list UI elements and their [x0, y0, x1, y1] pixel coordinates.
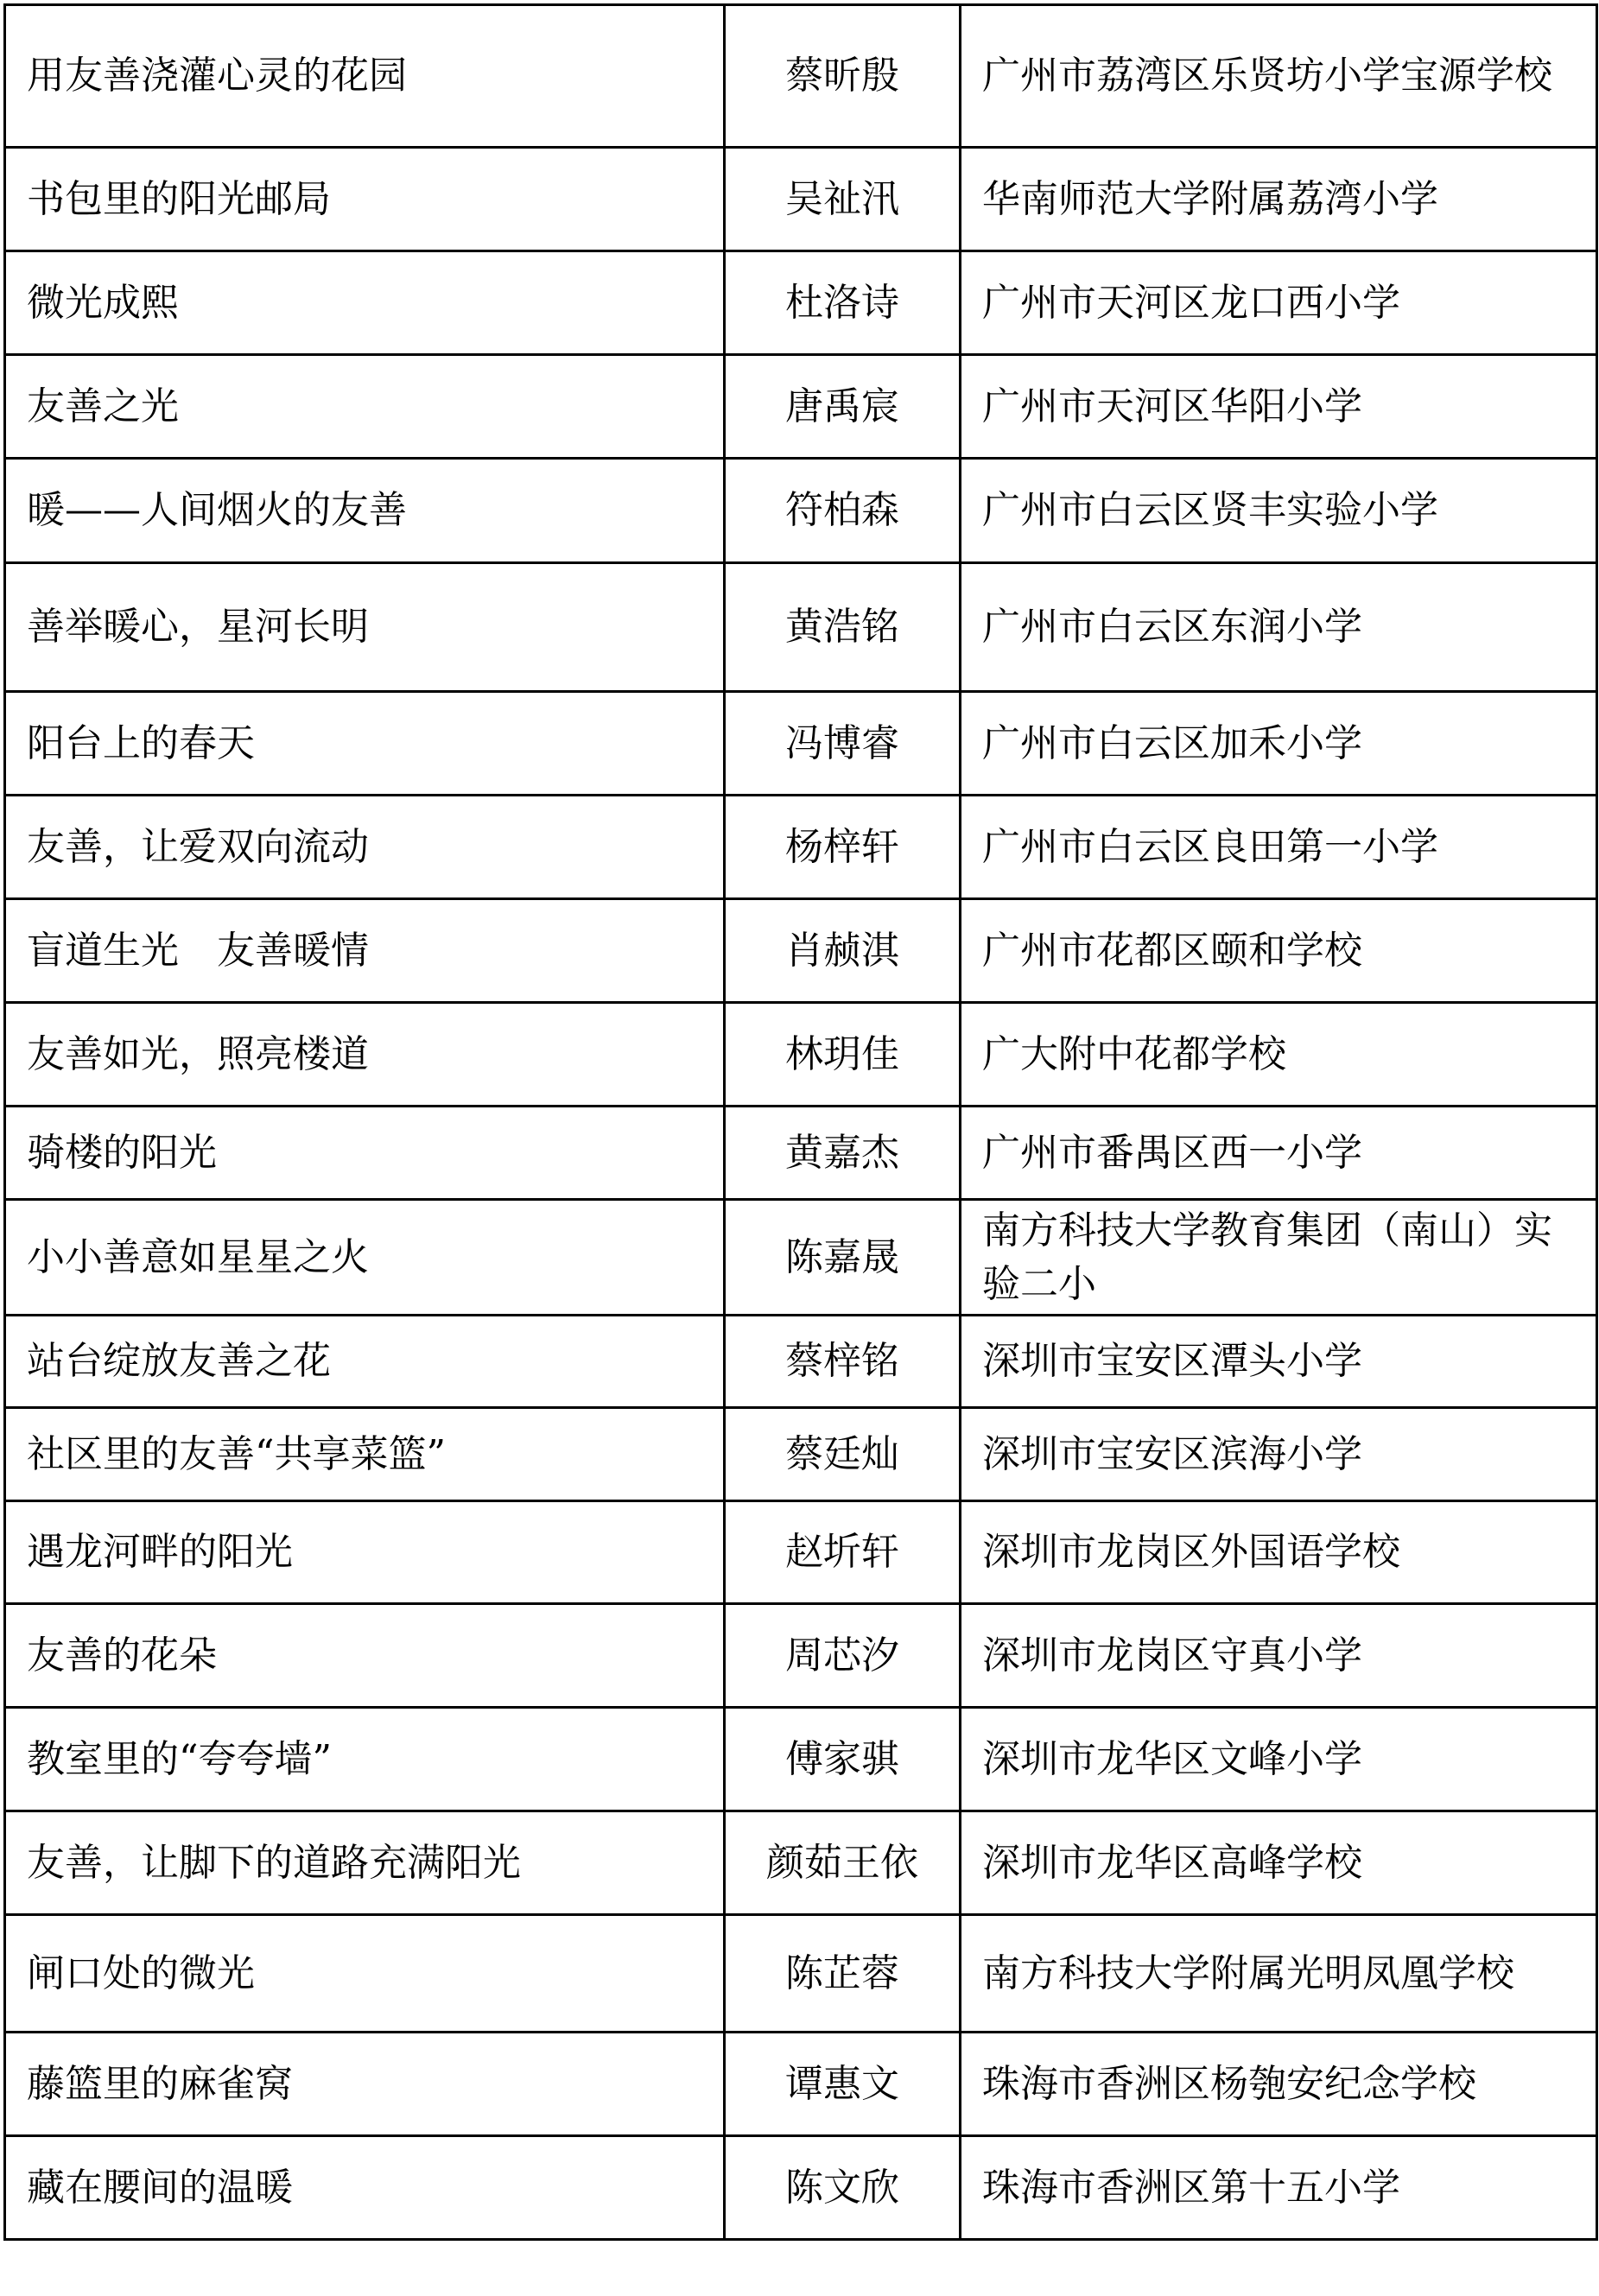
author-name-cell: 颜茹王依	[725, 1811, 961, 1915]
table-row: 友善，让脚下的道路充满阳光 颜茹王依 深圳市龙华区高峰学校	[5, 1811, 1597, 1915]
table-row: 暖——人间烟火的友善 符柏森 广州市白云区贤丰实验小学	[5, 459, 1597, 563]
table-row: 站台绽放友善之花 蔡梓铭 深圳市宝安区潭头小学	[5, 1316, 1597, 1408]
work-title-cell: 友善之光	[5, 355, 725, 459]
school-cell: 深圳市龙岗区外国语学校	[961, 1501, 1597, 1604]
author-name-cell: 唐禹宸	[725, 355, 961, 459]
school-cell: 南方科技大学教育集团（南山）实验二小	[961, 1200, 1597, 1316]
table-row: 骑楼的阳光 黄嘉杰 广州市番禺区西一小学	[5, 1107, 1597, 1200]
school-cell: 广大附中花都学校	[961, 1003, 1597, 1107]
work-title-cell: 遇龙河畔的阳光	[5, 1501, 725, 1604]
author-name-cell: 周芯汐	[725, 1604, 961, 1708]
work-title-cell: 友善的花朵	[5, 1604, 725, 1708]
table-row: 藤篮里的麻雀窝 谭惠文 珠海市香洲区杨匏安纪念学校	[5, 2033, 1597, 2136]
author-name-cell: 蔡梓铭	[725, 1316, 961, 1408]
work-title-cell: 书包里的阳光邮局	[5, 148, 725, 251]
work-title-cell: 善举暖心，星河长明	[5, 563, 725, 692]
table-row: 书包里的阳光邮局 吴祉汛 华南师范大学附属荔湾小学	[5, 148, 1597, 251]
school-cell: 广州市花都区颐和学校	[961, 899, 1597, 1003]
school-cell: 珠海市香洲区第十五小学	[961, 2136, 1597, 2240]
work-title-cell: 友善如光，照亮楼道	[5, 1003, 725, 1107]
table-row: 盲道生光 友善暖情 肖赪淇 广州市花都区颐和学校	[5, 899, 1597, 1003]
table-row: 微光成熙 杜洛诗 广州市天河区龙口西小学	[5, 251, 1597, 355]
school-cell: 广州市白云区东润小学	[961, 563, 1597, 692]
table-row: 用友善浇灌心灵的花园 蔡昕殷 广州市荔湾区乐贤坊小学宝源学校	[5, 5, 1597, 148]
work-title-cell: 友善，让脚下的道路充满阳光	[5, 1811, 725, 1915]
work-title-cell: 用友善浇灌心灵的花园	[5, 5, 725, 148]
work-title-cell: 骑楼的阳光	[5, 1107, 725, 1200]
author-name-cell: 陈芷蓉	[725, 1915, 961, 2033]
table-row: 友善，让爱双向流动 杨梓轩 广州市白云区良田第一小学	[5, 796, 1597, 899]
school-cell: 深圳市龙华区文峰小学	[961, 1708, 1597, 1811]
school-cell: 深圳市龙华区高峰学校	[961, 1811, 1597, 1915]
table-row: 阳台上的春天 冯博睿 广州市白云区加禾小学	[5, 692, 1597, 796]
award-list-table: 用友善浇灌心灵的花园 蔡昕殷 广州市荔湾区乐贤坊小学宝源学校 书包里的阳光邮局 …	[3, 3, 1598, 2241]
school-cell: 广州市天河区龙口西小学	[961, 251, 1597, 355]
table-row: 小小善意如星星之火 陈嘉晟 南方科技大学教育集团（南山）实验二小	[5, 1200, 1597, 1316]
school-cell: 深圳市宝安区滨海小学	[961, 1408, 1597, 1501]
school-cell: 华南师范大学附属荔湾小学	[961, 148, 1597, 251]
work-title-cell: 阳台上的春天	[5, 692, 725, 796]
author-name-cell: 黄嘉杰	[725, 1107, 961, 1200]
author-name-cell: 黄浩铭	[725, 563, 961, 692]
school-cell: 广州市白云区良田第一小学	[961, 796, 1597, 899]
work-title-cell: 藏在腰间的温暖	[5, 2136, 725, 2240]
table-row: 友善如光，照亮楼道 林玥佳 广大附中花都学校	[5, 1003, 1597, 1107]
author-name-cell: 陈嘉晟	[725, 1200, 961, 1316]
school-cell: 深圳市宝安区潭头小学	[961, 1316, 1597, 1408]
author-name-cell: 蔡昕殷	[725, 5, 961, 148]
table-row: 藏在腰间的温暖 陈文欣 珠海市香洲区第十五小学	[5, 2136, 1597, 2240]
work-title-cell: 闸口处的微光	[5, 1915, 725, 2033]
author-name-cell: 蔡廷灿	[725, 1408, 961, 1501]
author-name-cell: 陈文欣	[725, 2136, 961, 2240]
table-row: 遇龙河畔的阳光 赵圻轩 深圳市龙岗区外国语学校	[5, 1501, 1597, 1604]
table-row: 友善的花朵 周芯汐 深圳市龙岗区守真小学	[5, 1604, 1597, 1708]
author-name-cell: 赵圻轩	[725, 1501, 961, 1604]
author-name-cell: 符柏森	[725, 459, 961, 563]
work-title-cell: 教室里的“夸夸墙”	[5, 1708, 725, 1811]
table-row: 善举暖心，星河长明 黄浩铭 广州市白云区东润小学	[5, 563, 1597, 692]
school-cell: 广州市天河区华阳小学	[961, 355, 1597, 459]
work-title-cell: 暖——人间烟火的友善	[5, 459, 725, 563]
author-name-cell: 杜洛诗	[725, 251, 961, 355]
school-cell: 南方科技大学附属光明凤凰学校	[961, 1915, 1597, 2033]
author-name-cell: 肖赪淇	[725, 899, 961, 1003]
table-row: 教室里的“夸夸墙” 傅家骐 深圳市龙华区文峰小学	[5, 1708, 1597, 1811]
work-title-cell: 微光成熙	[5, 251, 725, 355]
award-list-body: 用友善浇灌心灵的花园 蔡昕殷 广州市荔湾区乐贤坊小学宝源学校 书包里的阳光邮局 …	[5, 5, 1597, 2240]
school-cell: 广州市荔湾区乐贤坊小学宝源学校	[961, 5, 1597, 148]
table-row: 闸口处的微光 陈芷蓉 南方科技大学附属光明凤凰学校	[5, 1915, 1597, 2033]
author-name-cell: 谭惠文	[725, 2033, 961, 2136]
table-row: 社区里的友善“共享菜篮” 蔡廷灿 深圳市宝安区滨海小学	[5, 1408, 1597, 1501]
work-title-cell: 站台绽放友善之花	[5, 1316, 725, 1408]
work-title-cell: 友善，让爱双向流动	[5, 796, 725, 899]
table-row: 友善之光 唐禹宸 广州市天河区华阳小学	[5, 355, 1597, 459]
work-title-cell: 藤篮里的麻雀窝	[5, 2033, 725, 2136]
author-name-cell: 林玥佳	[725, 1003, 961, 1107]
school-cell: 广州市白云区贤丰实验小学	[961, 459, 1597, 563]
work-title-cell: 盲道生光 友善暖情	[5, 899, 725, 1003]
work-title-cell: 社区里的友善“共享菜篮”	[5, 1408, 725, 1501]
school-cell: 广州市白云区加禾小学	[961, 692, 1597, 796]
author-name-cell: 吴祉汛	[725, 148, 961, 251]
author-name-cell: 冯博睿	[725, 692, 961, 796]
work-title-cell: 小小善意如星星之火	[5, 1200, 725, 1316]
school-cell: 珠海市香洲区杨匏安纪念学校	[961, 2033, 1597, 2136]
school-cell: 深圳市龙岗区守真小学	[961, 1604, 1597, 1708]
school-cell: 广州市番禺区西一小学	[961, 1107, 1597, 1200]
author-name-cell: 杨梓轩	[725, 796, 961, 899]
author-name-cell: 傅家骐	[725, 1708, 961, 1811]
